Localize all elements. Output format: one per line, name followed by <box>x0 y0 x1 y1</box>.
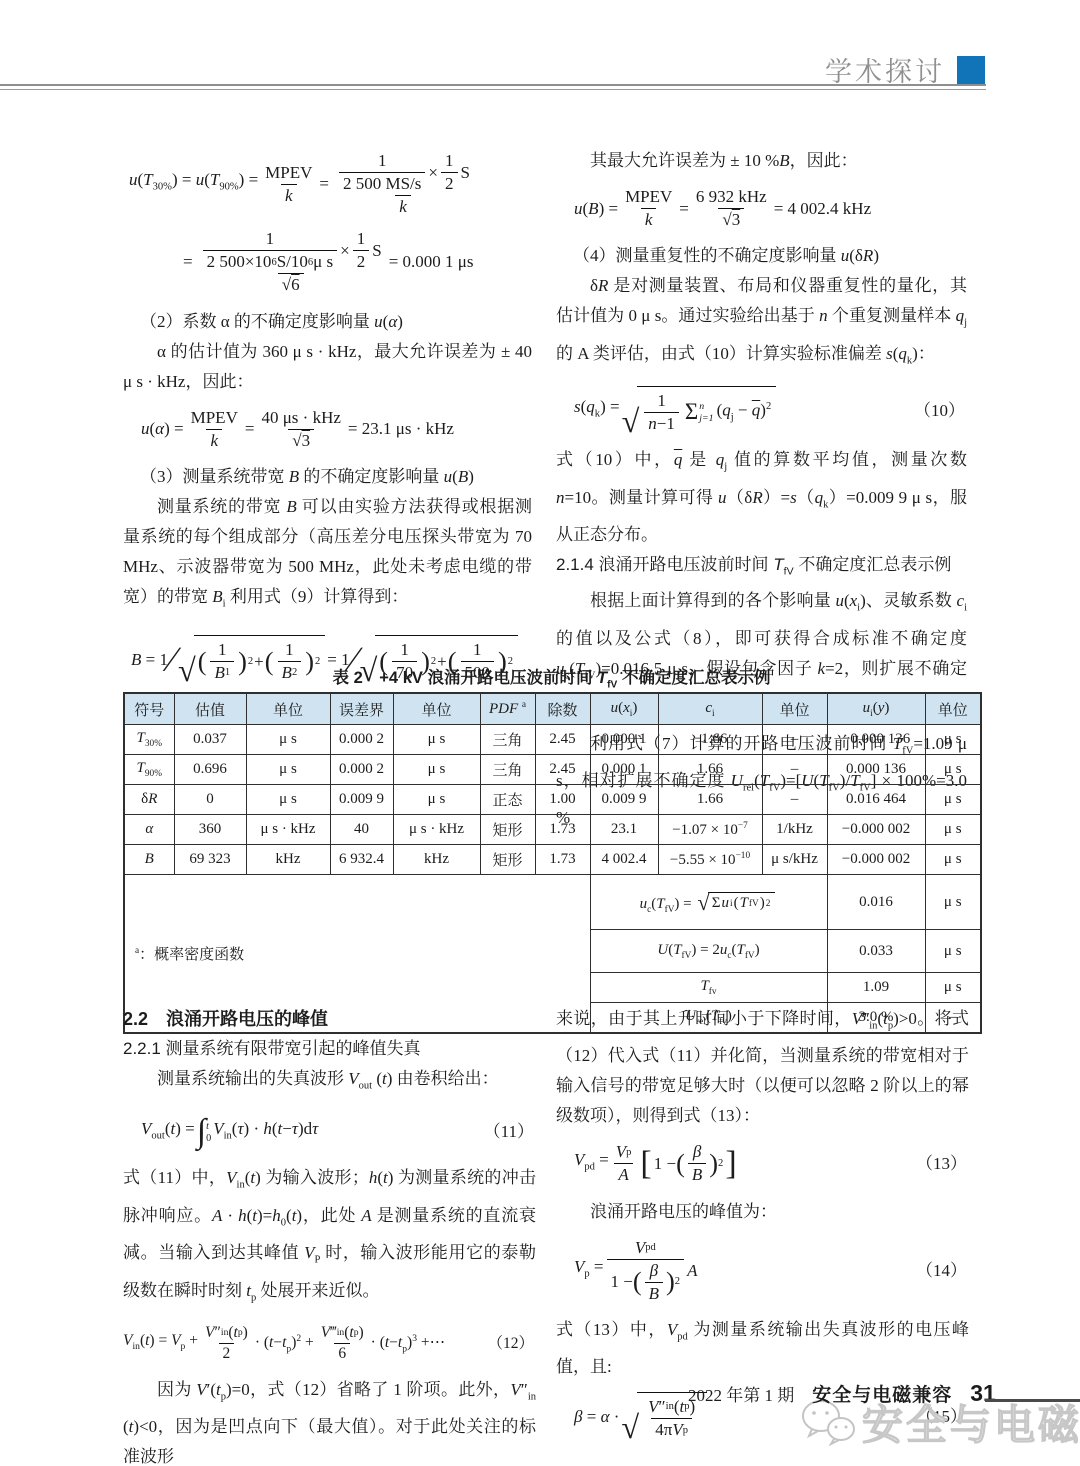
cell: −0.000 136 <box>827 725 925 755</box>
heading-2-2: 2.2 浪涌开路电压的峰值 <box>123 1004 536 1034</box>
radical-sign: √ <box>622 405 640 437</box>
table-row: T30%0.037 μ s0.000 2 μ s三角 2.450.000 1 −… <box>124 725 981 755</box>
uncertainty-table: 符号估值 单位误差界 单位PDF a 除数u(xi) ci单位 ui(y)单位 … <box>123 692 982 1034</box>
cell: 1/kHz <box>762 815 827 845</box>
cell: −0.000 002 <box>827 845 925 875</box>
fraction: V‴in(tp)6 <box>317 1323 368 1364</box>
top-left-column: u(T30%) = u(T90%) = MPEVk = 12 500 MS/s … <box>123 140 532 746</box>
formula-cell: Tfv <box>590 973 827 1003</box>
col-header: 符号 <box>124 693 174 725</box>
fraction: 12 500 MS/s × 12 S k <box>332 150 474 218</box>
eq-term: = <box>319 169 329 199</box>
cell: μ s <box>925 845 981 875</box>
fraction: VpA <box>612 1141 636 1186</box>
cell: δR <box>124 785 174 815</box>
cell: T90% <box>124 755 174 785</box>
cell: 23.1 <box>590 815 658 845</box>
cell: μ s · kHz <box>246 815 330 845</box>
cell: μ s <box>246 785 330 815</box>
unit-cell: μ s <box>925 930 981 973</box>
page-number: 31 <box>970 1380 996 1407</box>
cell: 0.009 9 <box>330 785 393 815</box>
cell: 0.000 2 <box>330 725 393 755</box>
table-row: δR0 μ s0.009 9 μ s正态 1.000.009 9 1.66– 0… <box>124 785 981 815</box>
fraction: 12 500×106 S/106 μ s × 12 S √6 <box>196 228 386 296</box>
cell: 正态 <box>480 785 535 815</box>
cell: 2.45 <box>535 725 590 755</box>
col-header: 除数 <box>535 693 590 725</box>
bottom-left-column: 2.2 浪涌开路电压的峰值 2.2.1 测量系统有限带宽引起的峰值失真 测量系统… <box>123 1004 536 1466</box>
cell: 1.66 <box>658 755 762 785</box>
cell: 矩形 <box>480 845 535 875</box>
col-header: 单位 <box>246 693 330 725</box>
page-footer: 2022 年第 1 期 安全与电磁兼容 31 <box>688 1380 996 1407</box>
cell: μ s <box>393 755 480 785</box>
col-header: u(xi) <box>590 693 658 725</box>
cell: 0 <box>174 785 246 815</box>
cell: μ s/kHz <box>762 845 827 875</box>
cell: 0.009 9 <box>590 785 658 815</box>
cell: α <box>124 815 174 845</box>
table-row: T90%0.696 μ s0.000 2 μ s三角 2.450.000 1 1… <box>124 755 981 785</box>
fraction: V″in(tp)2 <box>201 1323 252 1364</box>
paragraph-mpe: 其最大允许误差为 ± 10 %B，因此： <box>556 146 967 176</box>
eq-result: = 4 002.4 kHz <box>774 194 871 224</box>
paragraph-continued: 来说，由于其上升时间小于下降时间，V‴in(tp)>0。将式（12）代入式（11… <box>556 1004 969 1131</box>
col-header: 误差界 <box>330 693 393 725</box>
value-cell: 0.033 <box>827 930 925 973</box>
cell: 0.000 136 <box>827 755 925 785</box>
cell: 0.696 <box>174 755 246 785</box>
equation-13: Vpd = VpA [ 1 − ( βB )2 ] （13） <box>574 1141 969 1186</box>
cell: 0.000 1 <box>590 755 658 785</box>
equation-u-tf: u(T30%) = u(T90%) = MPEVk = 12 500 MS/s … <box>129 150 532 218</box>
equation-u-b: u(B) = MPEVk = 6 932 kHz√3 = 4 002.4 kHz <box>574 186 967 231</box>
integral: ∫ t0 <box>197 1115 211 1149</box>
table-header-row: 符号估值 单位误差界 单位PDF a 除数u(xi) ci单位 ui(y)单位 <box>124 693 981 725</box>
journal-page: 学术探讨 u(T30%) = u(T90%) = MPEVk = 12 500 … <box>0 0 1080 1466</box>
cell: μ s <box>925 815 981 845</box>
col-header: ci <box>658 693 762 725</box>
paragraph-repeatability: δR 是对测量装置、布局和仪器重复性的量化，其估计值为 0 μ s。通过实验给出… <box>556 271 967 376</box>
cell: −0.000 002 <box>827 815 925 845</box>
cell: kHz <box>246 845 330 875</box>
cell: 矩形 <box>480 815 535 845</box>
equation-number: （11） <box>484 1117 534 1147</box>
cell: 40 <box>330 815 393 845</box>
cell: – <box>762 755 827 785</box>
unit-cell: μ s <box>925 875 981 930</box>
issue-info: 2022 年第 1 期 <box>688 1381 794 1406</box>
value-cell: 1.09 <box>827 973 925 1003</box>
eq-term: u(T30%) = u(T90%) = <box>129 165 258 202</box>
fraction: Vpd 1 − ( βB )2 <box>607 1237 685 1305</box>
equation-u-tf-line2: = 12 500×106 S/106 μ s × 12 S √6 = 0.000… <box>183 228 532 296</box>
cell: −5.55 × 10−10 <box>658 845 762 875</box>
col-header: 估值 <box>174 693 246 725</box>
cell: μ s <box>246 725 330 755</box>
eq-result: = 23.1 μs · kHz <box>348 414 454 444</box>
footer-rule <box>985 1399 1080 1402</box>
heading-2-2-1: 2.2.1 测量系统有限带宽引起的峰值失真 <box>123 1034 536 1064</box>
equation-12: Vin(t) = Vp + V″in(tp)2 · (t−tp)2 + V‴in… <box>123 1323 536 1365</box>
paragraph-eq13-note: 式（13）中，Vpd 为测量系统输出失真波形的电压峰值，且: <box>556 1315 969 1382</box>
radical-sign: √ <box>621 1411 639 1443</box>
cell: 69 323 <box>174 845 246 875</box>
cell: 0.037 <box>174 725 246 755</box>
cell: – <box>762 725 827 755</box>
cell: 0.000 2 <box>330 755 393 785</box>
cell: 1.73 <box>535 845 590 875</box>
cell: μ s · kHz <box>393 815 480 845</box>
summary-row: a：概率密度函数 uc(TfV) = √Σui(TfV)2 0.016 μ s <box>124 875 981 930</box>
paragraph-vout: 测量系统输出的失真波形 Vout (t) 由卷积给出： <box>123 1064 536 1101</box>
cell: 4 002.4 <box>590 845 658 875</box>
fraction: MPEVk <box>621 186 676 231</box>
col-header: 单位 <box>925 693 981 725</box>
cell: 1.00 <box>535 785 590 815</box>
eq-term: = <box>183 247 193 277</box>
cell: – <box>762 785 827 815</box>
fraction: βB <box>688 1141 706 1186</box>
cell: 2.45 <box>535 755 590 785</box>
table-caption: 表 2 +4 kV 浪涌开路电压波前时间 TfV 不确定度汇总表示例 <box>123 664 980 690</box>
equation-number: （12） <box>487 1329 534 1359</box>
col-header: PDF a <box>480 693 535 725</box>
cell: 0.016 464 <box>827 785 925 815</box>
cell: 6 932.4 <box>330 845 393 875</box>
cell: μ s <box>393 725 480 755</box>
cell: −1.07 × 10−7 <box>658 815 762 845</box>
equation-14: Vp = Vpd 1 − ( βB )2 A （14） <box>574 1237 969 1305</box>
cell: 三角 <box>480 725 535 755</box>
fraction: MPEVk <box>261 162 316 207</box>
equation-10: s(qk) = √ 1n−1 Σ nj=1 (qj − q)2 （10） <box>574 386 967 435</box>
cell: μ s <box>393 785 480 815</box>
header-double-rule <box>0 84 986 90</box>
paragraph-bandwidth: 测量系统的带宽 B 可以由实验方法获得或根据测量系统的每个组成部分（高压差分电压… <box>123 492 532 619</box>
item-3-title: （3）测量系统带宽 B 的不确定度影响量 u(B) <box>123 462 532 492</box>
equation-11: Vout(t) = ∫ t0 Vin(τ) · h(t−τ)dτ （11） <box>141 1111 536 1153</box>
value-cell: 0.016 <box>827 875 925 930</box>
equation-number: （14） <box>916 1256 967 1286</box>
equation-number: （10） <box>914 396 965 426</box>
cell: kHz <box>393 845 480 875</box>
paragraph-eq10-note: 式（10）中，q 是 qj 值的算数平均值，测量次数 n=10。测量计算可得 u… <box>556 445 967 550</box>
cell: 360 <box>174 815 246 845</box>
cell: 1.66 <box>658 785 762 815</box>
formula-cell: U(TfV) = 2uc(TfV) <box>590 930 827 973</box>
cell: 1.73 <box>535 815 590 845</box>
paragraph-taylor: 因为 V′(tp)=0，式（12）省略了 1 阶项。此外，V″in (t)<0，… <box>123 1375 536 1466</box>
cell: μ s <box>925 725 981 755</box>
paragraph-peak: 浪涌开路电压的峰值为： <box>556 1197 969 1227</box>
formula-cell: uc(TfV) = √Σui(TfV)2 <box>590 875 827 930</box>
cell: T30% <box>124 725 174 755</box>
fraction: MPEVk <box>187 407 242 452</box>
cell: −1.66 <box>658 725 762 755</box>
col-header: 单位 <box>393 693 480 725</box>
cell: μ s <box>246 755 330 785</box>
cell: μ s <box>925 755 981 785</box>
col-header: 单位 <box>762 693 827 725</box>
square-root: √ 1n−1 Σ nj=1 (qj − q)2 <box>622 386 777 435</box>
eq-result: = 0.000 1 μs <box>389 247 474 277</box>
table-row: α360 μ s · kHz40 μ s · kHz矩形 1.7323.1 −1… <box>124 815 981 845</box>
paragraph-eq11-note: 式（11）中，Vin(t) 为输入波形；h(t) 为测量系统的冲击脉冲响应。A … <box>123 1163 536 1313</box>
journal-name: 安全与电磁兼容 <box>812 1380 952 1407</box>
fraction: 40 μs · kHz√3 <box>257 407 344 452</box>
cell: 0.000 1 <box>590 725 658 755</box>
cell: B <box>124 845 174 875</box>
equation-u-alpha: u(α) = MPEVk = 40 μs · kHz√3 = 23.1 μs ·… <box>141 407 532 452</box>
equation-number: （13） <box>916 1149 967 1179</box>
cell: 三角 <box>480 755 535 785</box>
cell: μ s <box>925 785 981 815</box>
section-marker-square <box>957 56 985 84</box>
paragraph-alpha: α 的估计值为 360 μ s · kHz，最大允许误差为 ± 40 μ s ·… <box>123 337 532 397</box>
col-header: ui(y) <box>827 693 925 725</box>
table-row: B69 323 kHz6 932.4 kHz矩形 1.734 002.4 −5.… <box>124 845 981 875</box>
heading-2-1-4: 2.1.4 浪涌开路电压波前时间 TfV 不确定度汇总表示例 <box>556 550 967 586</box>
fraction: 6 932 kHz√3 <box>692 186 771 231</box>
unit-cell: μ s <box>925 973 981 1003</box>
item-2-title: （2）系数 α 的不确定度影响量 u(α) <box>123 307 532 337</box>
summation: Σ nj=1 <box>685 401 714 424</box>
item-4-title: （4）测量重复性的不确定度影响量 u(δR) <box>556 241 967 271</box>
